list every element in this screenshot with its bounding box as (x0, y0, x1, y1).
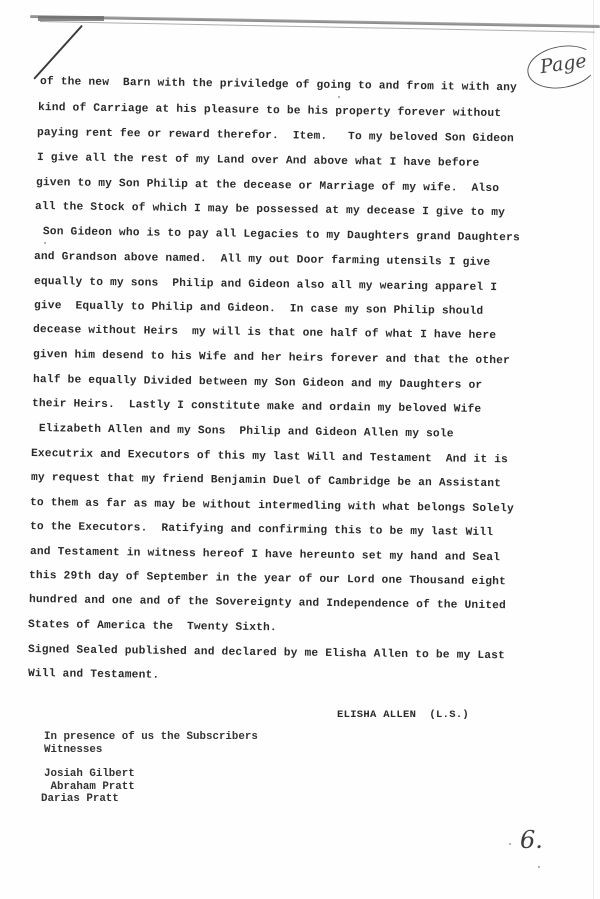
text-line: and Grandson above named. All my out Doo… (34, 251, 490, 269)
text-line: given him desend to his Wife and her hei… (33, 349, 510, 367)
text-line: my request that my friend Benjamin Duel … (31, 472, 501, 490)
pen-slash-mark (33, 25, 83, 80)
header-stamp-bar (38, 16, 104, 21)
text-line: kind of Carriage at his pleasure to be h… (38, 102, 501, 120)
text-line: hundred and one and of the Sovereignty a… (29, 594, 506, 612)
text-line: Elizabeth Allen and my Sons Philip and G… (32, 423, 454, 441)
witness-name: Abraham Pratt (44, 781, 258, 794)
scan-speck (338, 96, 340, 98)
text-line: Signed Sealed published and declared by … (28, 644, 505, 662)
witness-block: In presence of us the Subscribers Witnes… (44, 731, 258, 806)
page-edge (593, 0, 594, 899)
scan-speck (538, 866, 540, 868)
testator-signature: ELISHA ALLEN (L.S.) (337, 709, 469, 721)
text-line: this 29th day of September in the year o… (29, 570, 506, 588)
witness-name: Josiah Gilbert (44, 768, 258, 781)
text-line: give Equally to Philip and Gideon. In ca… (34, 300, 484, 318)
text-line: Son Gideon who is to pay all Legacies to… (36, 226, 520, 244)
text-line: half be equally Divided between my Son G… (33, 374, 483, 392)
text-line: I give all the rest of my Land over And … (37, 152, 480, 170)
scan-speck (509, 843, 511, 845)
text-line: all the Stock of which I may be possesse… (35, 201, 505, 219)
text-line: paying rent fee or reward therefor. Item… (37, 127, 514, 145)
text-line: States of America the Twenty Sixth. (28, 619, 277, 634)
text-line: decease without Heirs my will is that on… (33, 324, 496, 342)
text-line: to them as far as may be without interme… (30, 497, 514, 515)
text-line: equally to my sons Philip and Gideon als… (34, 276, 497, 294)
witness-intro: In presence of us the Subscribers (44, 731, 258, 744)
handwritten-page-number: 6. (520, 826, 543, 854)
witness-heading: Witnesses (44, 744, 258, 757)
text-line: to the Executors. Ratifying and confirmi… (30, 521, 493, 539)
text-line: Executrix and Executors of this my last … (31, 448, 508, 466)
text-line: their Heirs. Lastly I constitute make an… (32, 398, 482, 416)
text-line: and Testament in witness hereof I have h… (30, 546, 500, 564)
scan-speck (44, 242, 46, 244)
text-line: of the new Barn with the priviledge of g… (40, 76, 517, 94)
witness-name: Darias Pratt (41, 793, 258, 806)
document-page: Page of the new Barn with the priviledge… (0, 0, 600, 899)
text-line: Will and Testament. (28, 668, 160, 682)
text-line: given to my Son Philip at the decease or… (36, 177, 499, 195)
